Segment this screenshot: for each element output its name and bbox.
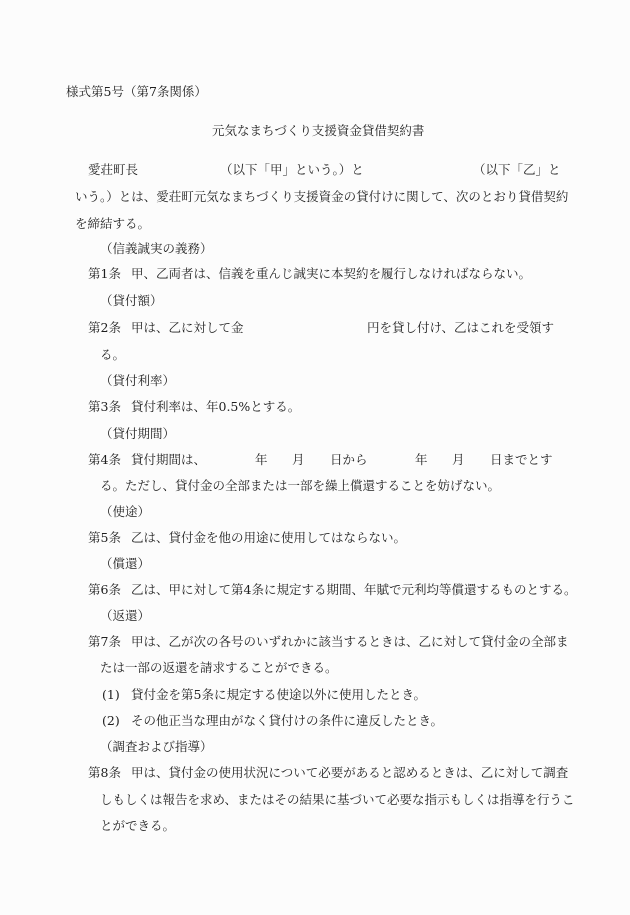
article-7: 第7条 甲は、乙が次の各号のいずれかに該当するときは、乙に対して貸付金の全部ま [0,634,630,650]
article-number: 第7条 [88,634,121,650]
article-heading: （貸付期間） [100,426,175,442]
document-title: 元気なまちづくり支援資金貸借契約書 [212,123,424,139]
article-text: 甲は、貸付金の使用状況について必要があると認めるときは、乙に対して調査 [131,765,568,781]
party-a-suffix: （以下「甲」という。）と [220,162,364,178]
article-text-continued: る。 [100,347,125,363]
document-page: 様式第5号（第7条関係） 元気なまちづくり支援資金貸借契約書 愛荘町長 （以下「… [0,0,630,915]
item-text: その他正当な理由がなく貸付けの条件に違反したとき。 [131,713,443,729]
article-text-continued: たは一部の返還を請求することができる。 [100,660,338,676]
preamble-line-2: いう。）とは、愛荘町元気なまちづくり支援資金の貸付けに関して、次のとおり貸借契約 [75,189,568,205]
article-1: 第1条 甲、乙両者は、信義を重んじ誠実に本契約を履行しなければならない。 [0,266,630,282]
article-number: 第2条 [88,320,121,336]
article-text-continued: しもしくは報告を求め、またはその結果に基づいて必要な指示もしくは指導を行うこ [100,792,575,808]
start-year-label: 年 [255,452,268,468]
article-text-b: 円を貸し付け、乙はこれを受領す [367,320,554,336]
article-text-continued: とができる。 [100,818,175,834]
article-heading: （貸付額） [100,293,163,309]
end-day-label: 日までとす [490,452,553,468]
article-7-item-2: (2) その他正当な理由がなく貸付けの条件に違反したとき。 [0,713,630,729]
article-text: 貸付利率は、年0.5%とする。 [131,399,300,415]
article-number: 第6条 [88,582,121,598]
article-heading: （償還） [100,556,150,572]
article-2: 第2条 甲は、乙に対して金 円を貸し付け、乙はこれを受領す [0,320,630,336]
article-8: 第8条 甲は、貸付金の使用状況について必要があると認めるときは、乙に対して調査 [0,765,630,781]
article-text-continued: る。ただし、貸付金の全部または一部を繰上償還することを妨げない。 [100,478,500,494]
article-5: 第5条 乙は、貸付金を他の用途に使用してはならない。 [0,530,630,546]
item-number: (1) [102,687,120,703]
preamble-line-1: 愛荘町長 （以下「甲」という。）と （以下「乙」と [0,162,630,178]
article-4: 第4条 貸付期間は、 年 月 日から 年 月 日までとす [0,452,630,468]
item-number: (2) [102,713,120,729]
article-text: 乙は、甲に対して第4条に規定する期間、年賦で元利均等償還するものとする。 [131,582,576,598]
article-heading: （返還） [100,608,150,624]
end-month-label: 月 [452,452,465,468]
loan-period-lead: 貸付期間は、 [131,452,206,468]
start-day-label: 日から [330,452,368,468]
party-b-suffix: （以下「乙」と [473,162,561,178]
article-heading: （信義誠実の義務） [100,241,213,257]
article-number: 第8条 [88,765,121,781]
form-label: 様式第5号（第7条関係） [66,84,207,100]
article-heading: （使途） [100,504,150,520]
article-number: 第1条 [88,266,121,282]
end-year-label: 年 [415,452,428,468]
article-heading: （調査および指導） [100,739,213,755]
start-month-label: 月 [292,452,305,468]
article-text: 甲、乙両者は、信義を重んじ誠実に本契約を履行しなければならない。 [131,266,531,282]
item-text: 貸付金を第5条に規定する使途以外に使用したとき。 [131,687,426,703]
party-a-prefix: 愛荘町長 [88,162,138,178]
article-3: 第3条 貸付利率は、年0.5%とする。 [0,399,630,415]
preamble-line-3: を締結する。 [75,216,150,232]
article-7-item-1: (1) 貸付金を第5条に規定する使途以外に使用したとき。 [0,687,630,703]
article-number: 第4条 [88,452,121,468]
article-number: 第3条 [88,399,121,415]
article-heading: （貸付利率） [100,373,175,389]
article-text: 乙は、貸付金を他の用途に使用してはならない。 [131,530,406,546]
article-text: 甲は、乙が次の各号のいずれかに該当するときは、乙に対して貸付金の全部ま [131,634,569,650]
article-text-a: 甲は、乙に対して金 [131,320,244,336]
article-6: 第6条 乙は、甲に対して第4条に規定する期間、年賦で元利均等償還するものとする。 [0,582,630,598]
article-number: 第5条 [88,530,121,546]
